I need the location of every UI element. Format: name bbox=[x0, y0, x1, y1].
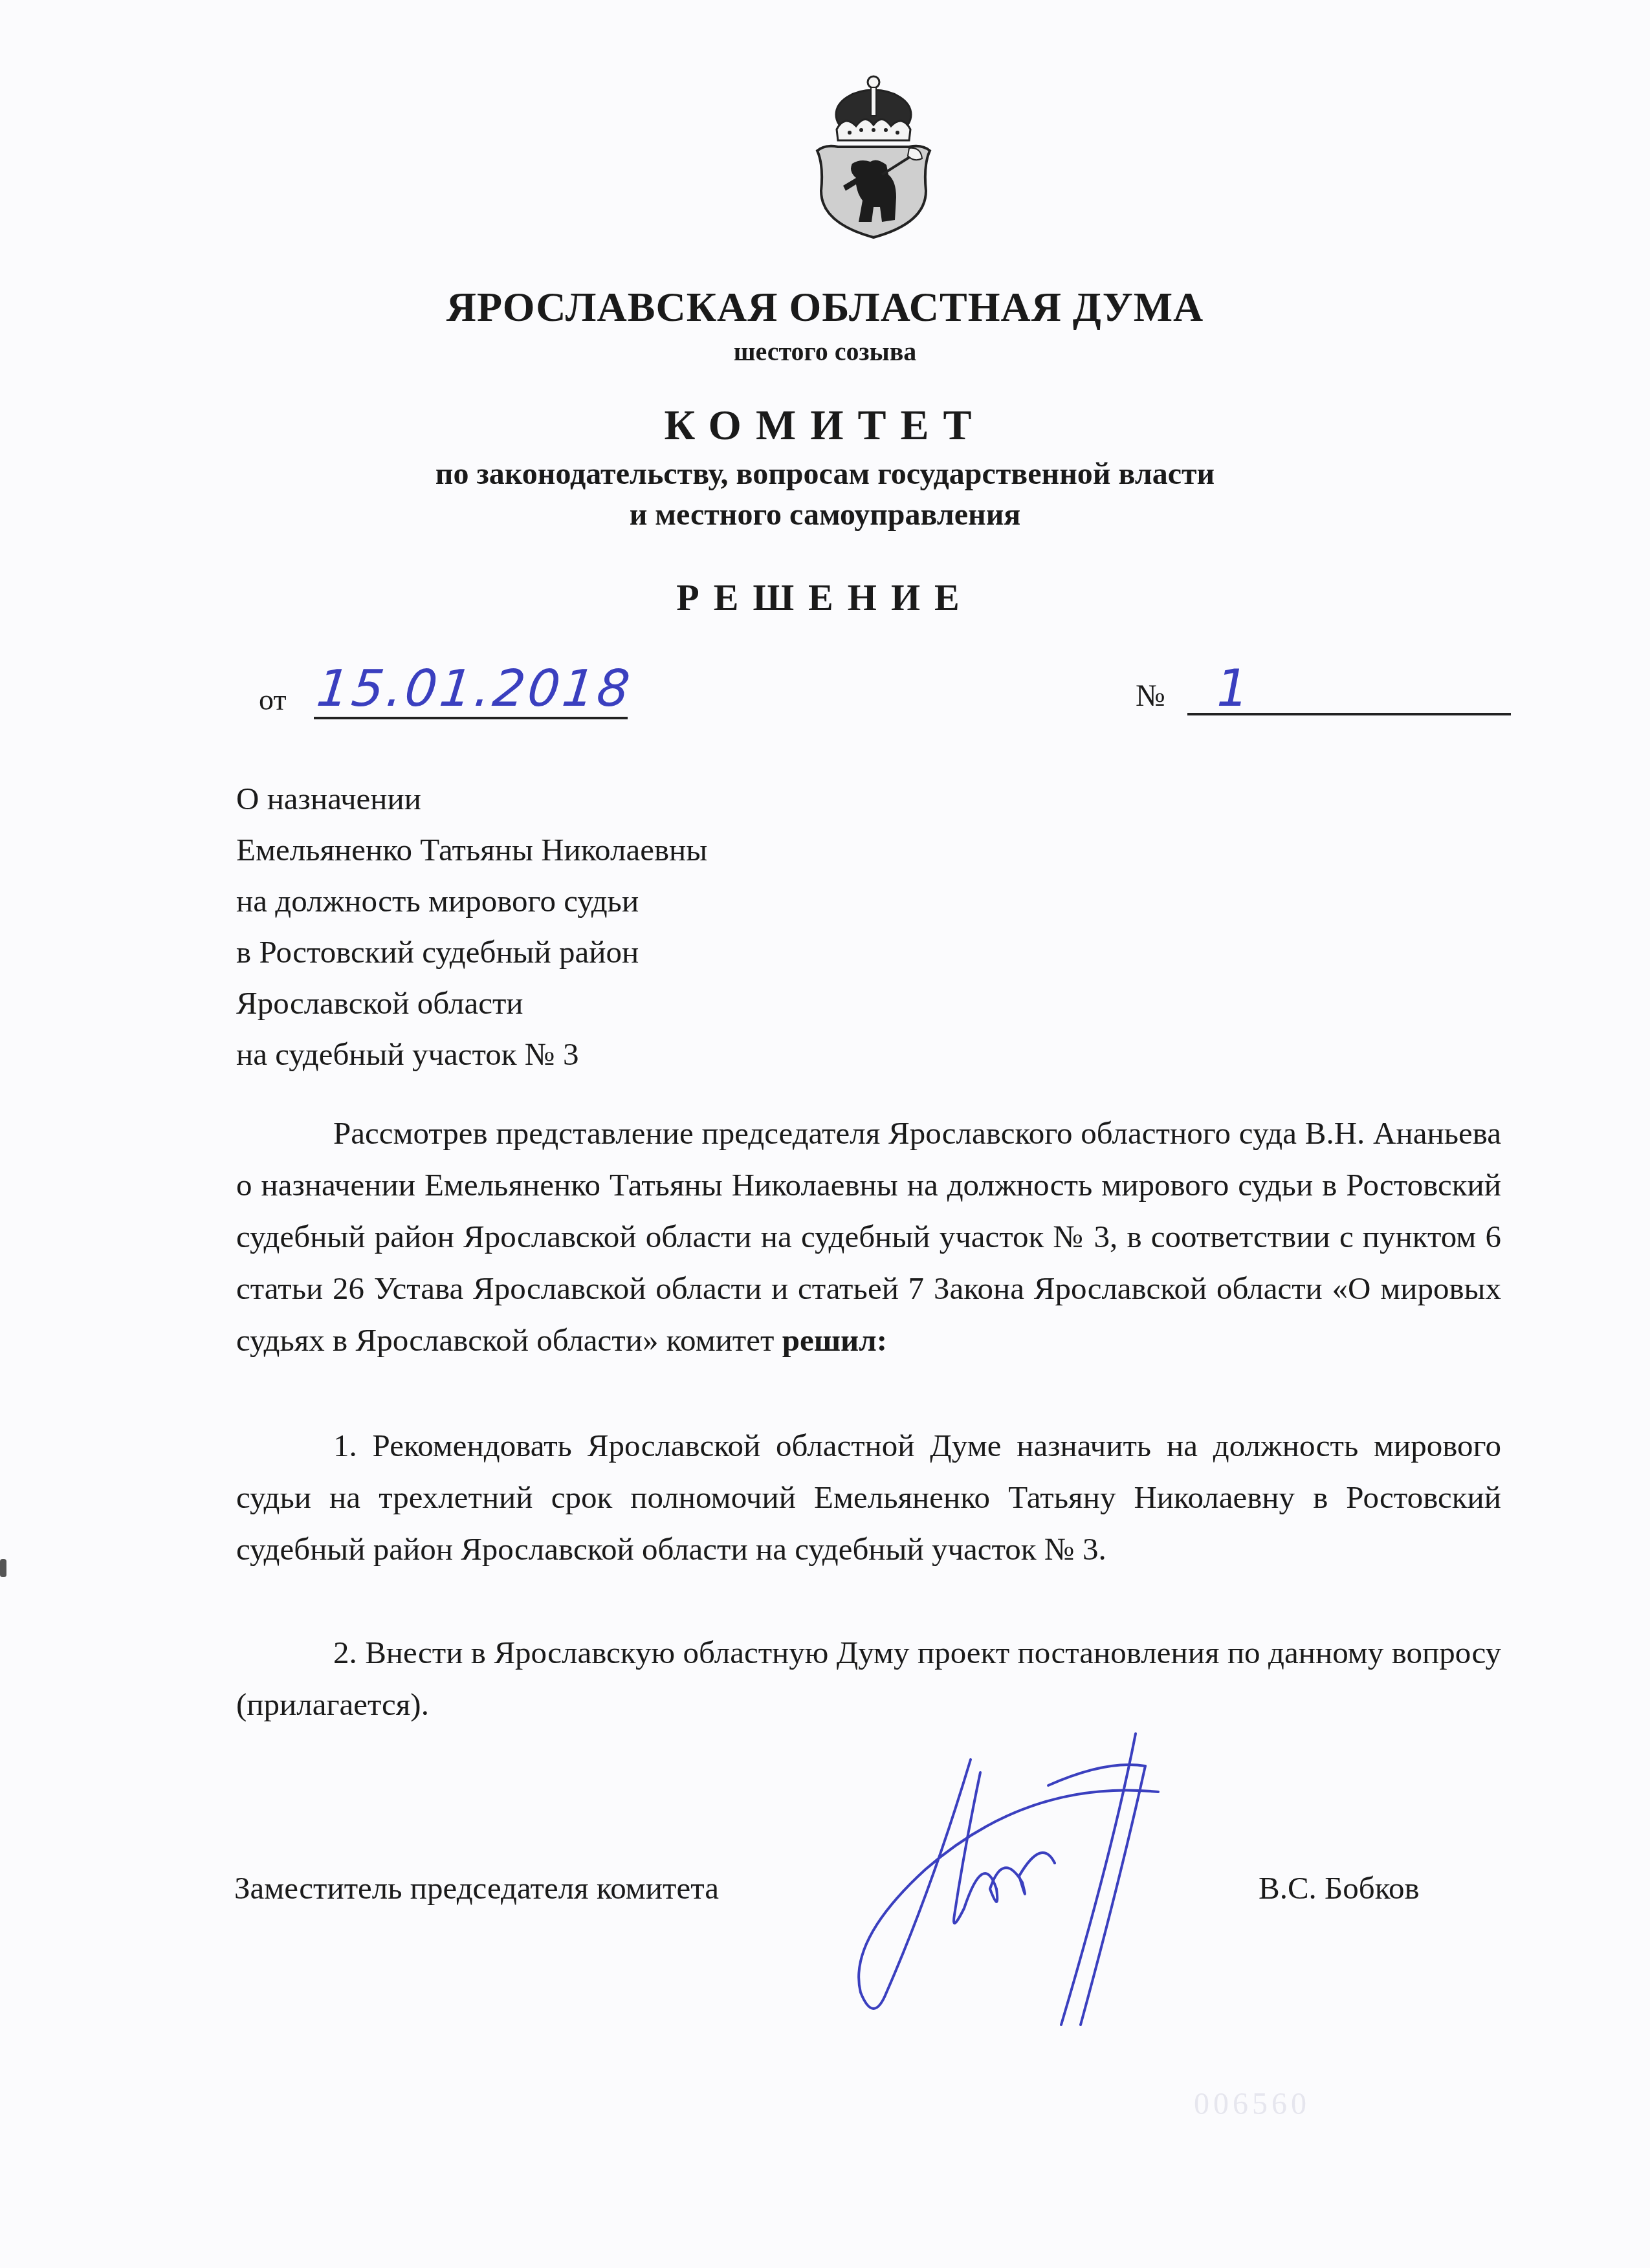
preamble-paragraph: Рассмотрев представление председателя Яр… bbox=[236, 1107, 1501, 1366]
signatory-name: В.С. Бобков bbox=[1259, 1870, 1420, 1906]
subject-line: на должность мирового судьи bbox=[236, 875, 707, 926]
subject-line: на судебный участок № 3 bbox=[236, 1029, 707, 1080]
committee-subtitle-line1: по законодательству, вопросам государств… bbox=[0, 456, 1650, 492]
convocation-label: шестого созыва bbox=[0, 336, 1650, 367]
preamble-text: Рассмотрев представление председателя Яр… bbox=[236, 1115, 1501, 1358]
organization-title: ЯРОСЛАВСКАЯ ОБЛАСТНАЯ ДУМА bbox=[0, 283, 1650, 331]
scan-speck bbox=[0, 1559, 6, 1577]
number-underline bbox=[1187, 713, 1511, 715]
handwritten-signature-icon bbox=[835, 1721, 1301, 2031]
decision-item-1: 1. Рекомендовать Ярославской областной Д… bbox=[236, 1420, 1501, 1575]
decision-item-2: 2. Внести в Ярославскую областную Думу п… bbox=[236, 1627, 1501, 1730]
date-underline bbox=[314, 717, 628, 719]
subject-line: О назначении bbox=[236, 773, 707, 824]
signatory-position: Заместитель председателя комитета bbox=[234, 1870, 719, 1906]
subject-line: Ярославской области bbox=[236, 977, 707, 1029]
committee-subtitle-line2: и местного самоуправления bbox=[0, 497, 1650, 532]
subject-line: в Ростовский судебный район bbox=[236, 926, 707, 977]
preamble-decision: решил: bbox=[782, 1322, 887, 1358]
faint-stamp-number: 006560 bbox=[1194, 2086, 1310, 2122]
subject-block: О назначении Емельяненко Татьяны Николае… bbox=[236, 773, 707, 1080]
number-value-handwritten: 1 bbox=[1216, 660, 1249, 718]
subject-line: Емельяненко Татьяны Николаевны bbox=[236, 824, 707, 875]
coat-of-arms-icon bbox=[806, 68, 941, 243]
date-label: от bbox=[259, 682, 287, 717]
date-value-handwritten: 15.01.2018 bbox=[314, 660, 635, 718]
committee-title: КОМИТЕТ bbox=[0, 401, 1650, 450]
number-label: № bbox=[1136, 678, 1165, 714]
document-type-title: РЕШЕНИЕ bbox=[0, 576, 1650, 619]
